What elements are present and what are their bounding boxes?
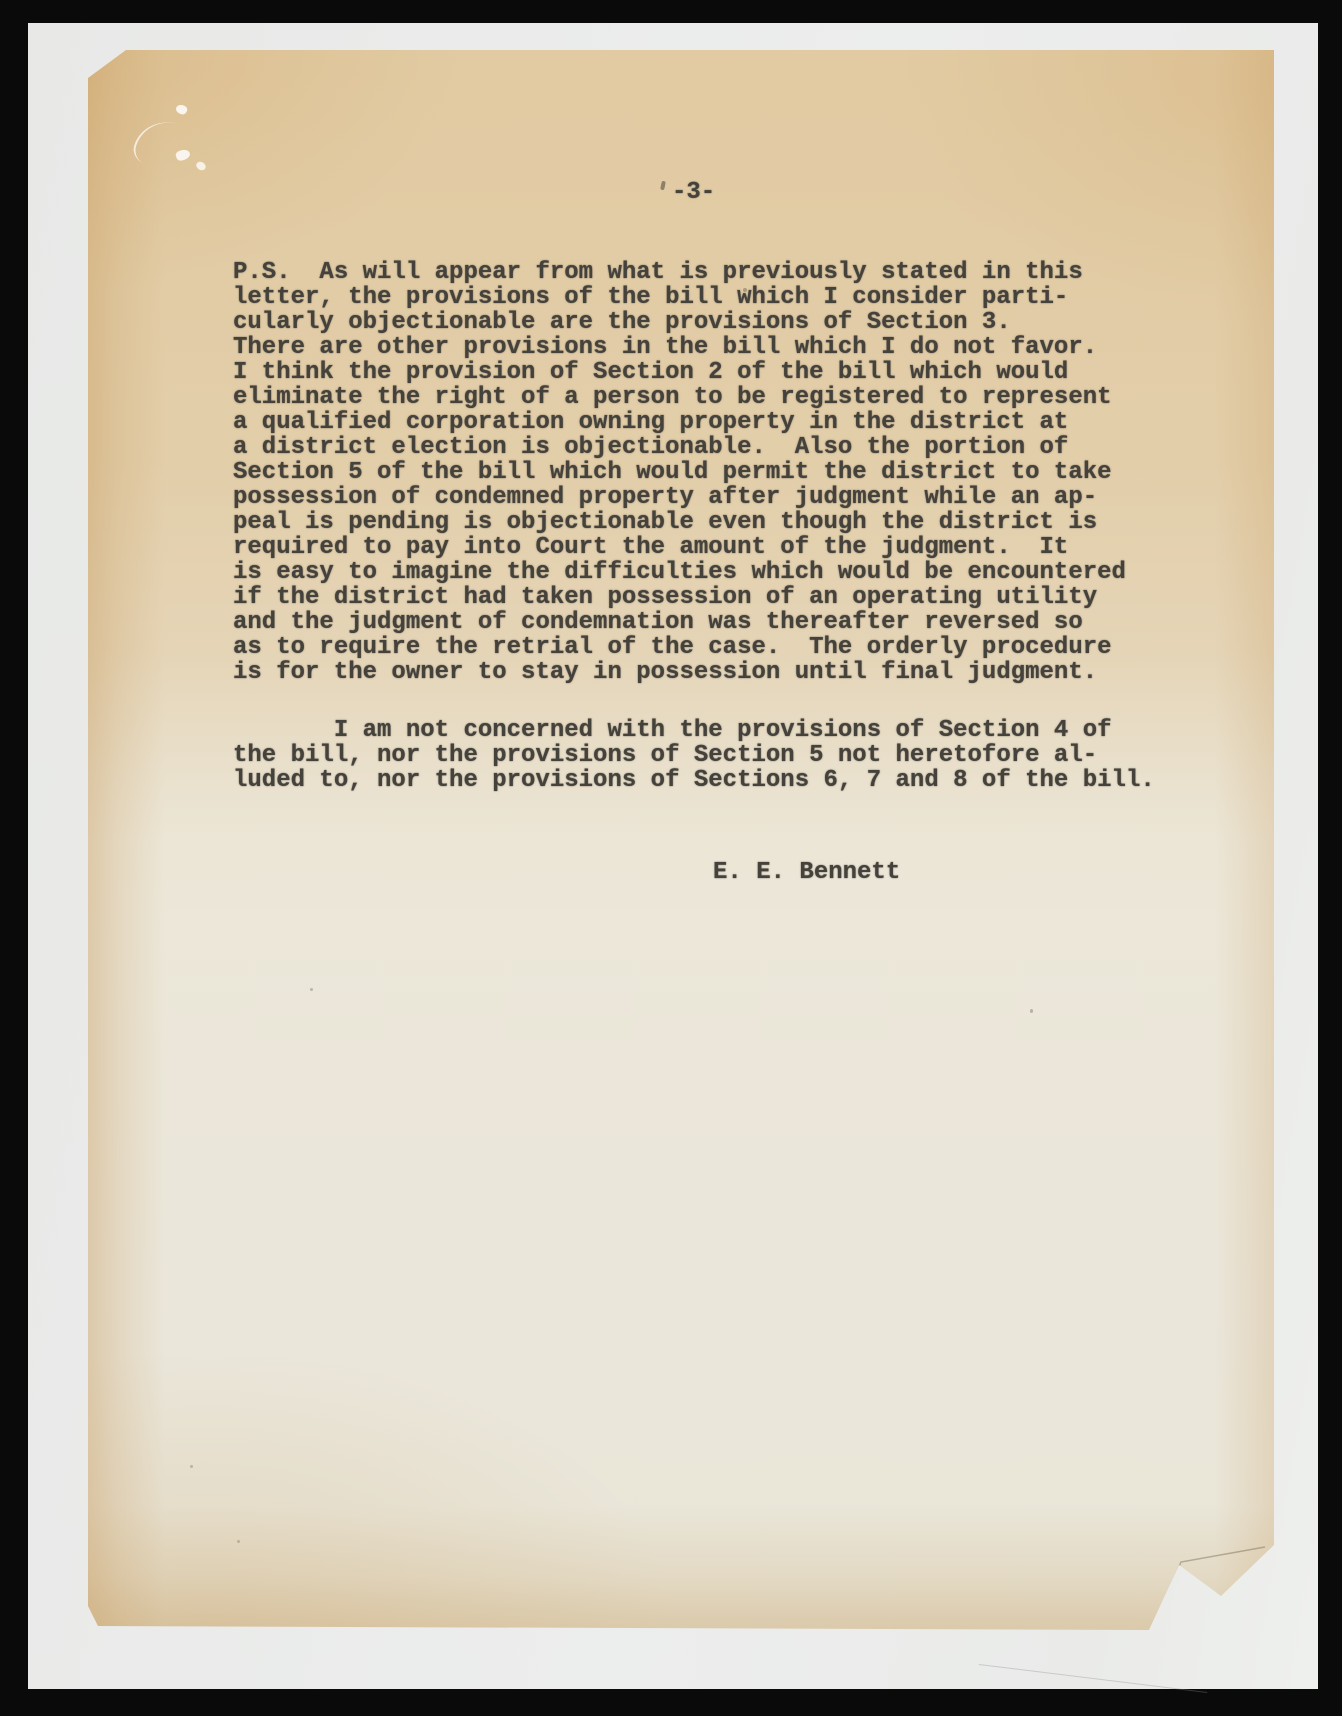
scan-speck	[1030, 1009, 1033, 1013]
scratch-mark	[175, 148, 191, 162]
scan-speck	[660, 181, 666, 191]
scratch-mark	[130, 113, 194, 175]
scan-speck	[310, 988, 313, 991]
scratch-mark	[195, 160, 208, 172]
scan-speck	[190, 1465, 193, 1468]
scan-speck	[237, 1540, 240, 1543]
typed-signature: E. E. Bennett	[713, 860, 900, 885]
scan-stage: -3- P.S. As will appear from what is pre…	[0, 0, 1342, 1716]
page-number: -3-	[672, 180, 715, 205]
postscript-paragraph: P.S. As will appear from what is previou…	[233, 260, 1126, 685]
closing-paragraph: I am not concerned with the provisions o…	[233, 718, 1155, 793]
backing-sheet-crease	[979, 1664, 1207, 1693]
letter-page: -3- P.S. As will appear from what is pre…	[88, 50, 1274, 1632]
scratch-mark	[175, 103, 189, 116]
